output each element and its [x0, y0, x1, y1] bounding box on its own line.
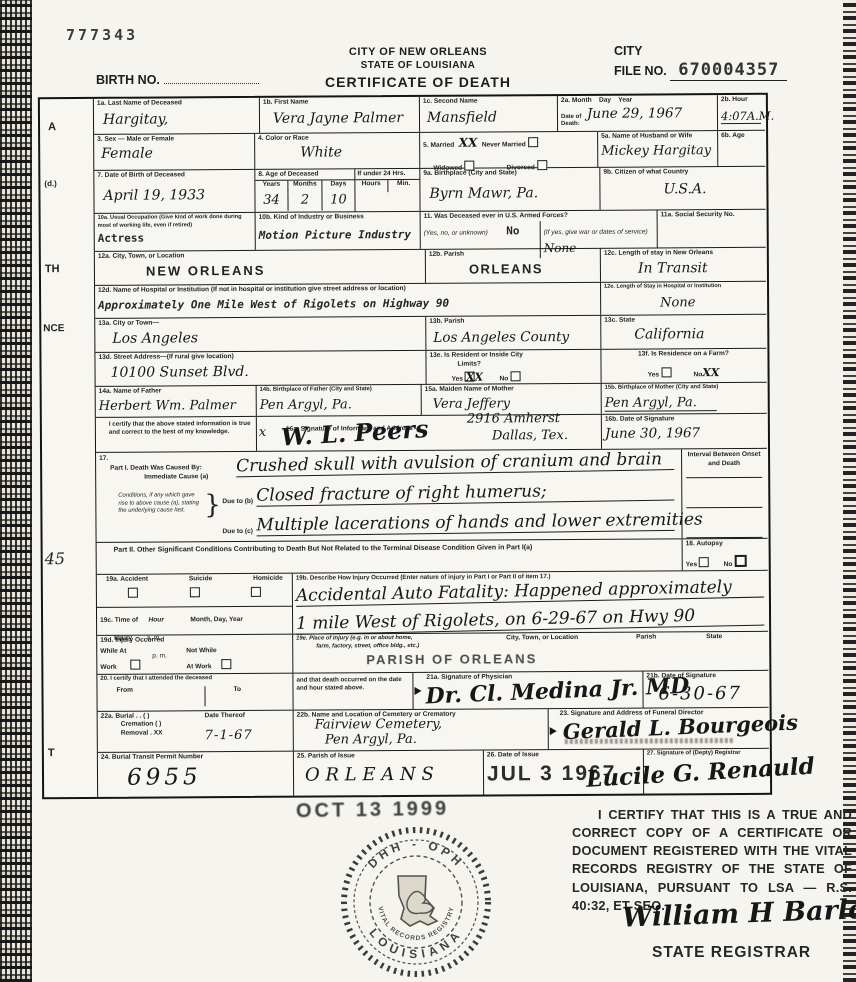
field-hospital-12d: 12d. Name of Hospital or Institution (If…	[95, 283, 600, 318]
field-value: ORLEANS	[469, 261, 597, 277]
margin-fragment: T	[48, 747, 55, 759]
field-citizen: 9b. Citizen of what Country U.S.A.	[599, 167, 764, 211]
field-registrar-signature: 27. Signature of (Depty) Registrar Lucil…	[643, 748, 768, 793]
state-registrar-title: STATE REGISTRAR	[652, 944, 811, 962]
header-state: STATE OF LOUISIANA	[258, 60, 578, 71]
interval-header: Interval Between Onset and Death	[685, 451, 763, 469]
field-value-line2: 1 mile West of Rigolets, on 6-29-67 on H…	[296, 605, 764, 635]
file-no-text: FILE NO.	[614, 64, 667, 78]
field-label: 20. I certify that I attended the deceas…	[100, 675, 289, 684]
svg-text:LOUISIANA: LOUISIANA	[366, 926, 465, 961]
field-label: 9a. Birthplace (City and State)	[423, 169, 596, 179]
subheader-hours: Hours	[355, 180, 388, 192]
field-occupation: 10a. Usual Occupation (Give kind of work…	[95, 213, 255, 251]
field-label: 2b. Hour	[721, 96, 761, 105]
field-parish-12b: 12b. Parish ORLEANS	[425, 249, 600, 283]
seal-graphic: DHH - OPH LOUISIANA VITAL RECORDS REGIST…	[338, 824, 494, 980]
field-label: Yes	[452, 376, 463, 383]
homicide-label: Homicide	[253, 575, 283, 584]
birth-no-text: BIRTH NO.	[96, 73, 160, 87]
seal-top-text: DHH - OPH	[365, 837, 467, 871]
field-value: NEW ORLEANS	[146, 262, 422, 279]
field-label: 12e. Length of Stay in Hospital or Insti…	[604, 283, 762, 291]
field-city-12a: 12a. City, Town, or Location NEW ORLEANS	[95, 250, 425, 285]
field-date-of-birth: 7. Date of Birth of Deceased April 19, 1…	[94, 170, 254, 214]
field-informant-signature: 16a. Signature of Informant and Address …	[256, 415, 601, 451]
field-mother: 15a. Maiden Name of Mother Vera Jeffery	[421, 384, 601, 415]
accident-label: 19a. Accident	[106, 576, 148, 585]
file-no-value: 670004357	[670, 60, 787, 81]
cause-b-value: Closed fracture of right humerus;	[256, 480, 674, 507]
brace-glyph: }	[204, 490, 221, 520]
field-describe-injury: 19b. Describe How Injury Occurred (Enter…	[292, 571, 767, 634]
cemetery-line2: Pen Argyl, Pa.	[325, 732, 545, 748]
checkbox-limits-no	[510, 372, 520, 382]
field-value: 6955	[127, 764, 290, 791]
statement-text: I certify that the above stated informat…	[99, 418, 253, 437]
field-label: 14b. Birthplace of Father (City and Stat…	[260, 386, 418, 394]
field-label: 4. Color or Race	[258, 134, 416, 144]
margin-fragment: 45	[45, 549, 65, 568]
field-label: Yes	[648, 371, 659, 378]
birth-no-label: BIRTH NO.	[96, 73, 259, 87]
field-value: Hargitay,	[103, 110, 256, 127]
birth-no-blank	[164, 83, 259, 84]
field-label: 25. Parish of Issue	[297, 751, 480, 761]
part2-label: Part II. Other Significant Conditions Co…	[100, 540, 679, 555]
field-label: 1a. Last Name of Deceased	[97, 99, 256, 109]
field-value: Female	[101, 145, 251, 162]
svg-text:DHH - OPH: DHH - OPH	[365, 837, 467, 871]
field-label: 11a. Social Security No.	[661, 211, 762, 220]
field-label: 9b. Citizen of what Country	[603, 168, 761, 178]
field-value: 10100 Sunset Blvd.	[110, 363, 422, 381]
field-label: 12c. Length of stay in New Orleans	[604, 249, 762, 259]
field-label: Never Married	[482, 141, 526, 148]
header-city: CITY OF NEW ORLEANS	[258, 46, 578, 58]
field-value: California	[634, 326, 762, 343]
parish-header: Parish	[636, 633, 706, 648]
field-father-birthplace: 14b. Birthplace of Father (City and Stat…	[256, 385, 421, 416]
part1-text: Part I. Death Was Caused By:	[110, 464, 202, 472]
field-parish-of-issue: 25. Parish of Issue O R L E A N S	[293, 750, 483, 796]
field-label: 13a. City or Town—	[98, 318, 422, 329]
field-value: June 29, 1967	[587, 105, 682, 122]
checkbox-farm-yes	[661, 367, 671, 377]
field-place-of-injury: 19e. Place of Injury (e.g. in or about h…	[292, 632, 767, 673]
field-value: April 19, 1933	[103, 187, 251, 204]
field-value: None	[660, 294, 762, 310]
field-disposition: 22a. Burial . . ( ) Cremation ( ) Remova…	[98, 711, 293, 752]
header-title: CERTIFICATE OF DEATH	[258, 74, 578, 90]
field-state-13c: 13c. State California	[600, 315, 765, 349]
field-value: Los Angeles County	[433, 329, 597, 346]
field-value: Vera Jayne Palmer	[273, 109, 416, 126]
field-label: 13d. Street Address—(If rural give locat…	[98, 352, 422, 363]
checkbox-suicide	[189, 587, 199, 597]
field-label: Yes	[686, 561, 697, 568]
field-label: 6b. Age	[721, 132, 761, 141]
field-label: No	[499, 376, 508, 383]
field-value: Vera Jeffery	[433, 396, 598, 412]
suicide-label: Suicide	[189, 575, 213, 584]
to-label: To	[205, 686, 241, 706]
field-sublabel: (If yes, give war or dates of service)	[544, 228, 648, 236]
margin-fragment: NCE	[43, 323, 64, 334]
informant-address-1: 2916 Amherst	[467, 411, 560, 427]
field-farm-13f: 13f. Is Residence on a Farm? Yes NoXX	[600, 349, 765, 383]
margin-fragment: (d.)	[44, 179, 56, 188]
informant-address-2: Dallas, Tex.	[492, 428, 568, 443]
state-header: State	[706, 633, 722, 648]
field-value: Mansfield	[427, 109, 554, 126]
while-at-work-label2: Work	[100, 664, 116, 671]
field-value: Byrn Mawr, Pa.	[429, 185, 596, 202]
subheader-years: Years	[255, 181, 288, 193]
cemetery-line1: Fairview Cemetery,	[315, 718, 545, 734]
field-value: O R L E A N S	[305, 764, 480, 786]
field-value: Pen Argyl, Pa.	[260, 397, 418, 413]
field-armed-forces: 11. Was Deceased ever in U.S. Armed Forc…	[420, 211, 657, 249]
note-text: and that death occurred on the date and …	[296, 674, 409, 693]
signature-mark: x	[259, 425, 266, 440]
field-value: White	[300, 144, 416, 161]
field-value: Actress	[98, 231, 252, 245]
informant-signature: W. L. Peers	[280, 414, 429, 452]
removal-label: Removal . XX	[121, 729, 205, 738]
field-label: 5a. Name of Husband or Wife	[601, 132, 714, 141]
field-label: 12d. Name of Hospital or Institution (If…	[98, 284, 597, 296]
field-physician-signature: 21a. Signature of Physician Dr. Cl. Medi…	[412, 672, 642, 709]
field-label: 8. Age of Deceased	[255, 169, 354, 180]
field-funeral-director: 23. Signature and Address of Funeral Dir…	[548, 708, 768, 749]
field-last-name: 1a. Last Name of Deceased Hargitay,	[94, 98, 259, 134]
checkbox-mark: XX	[459, 135, 478, 149]
vital-records-seal: DHH - OPH LOUISIANA VITAL RECORDS REGIST…	[338, 824, 494, 980]
field-label: No	[694, 371, 703, 378]
field-autopsy: 18. Autopsy Yes No	[682, 539, 767, 571]
checkbox-mark: XX	[702, 366, 719, 379]
field-manner-of-death: 19a. Accident Suicide Homicide	[97, 574, 292, 608]
margin-fragment: A	[48, 121, 56, 133]
field-value: 4:07A.M.	[721, 108, 761, 123]
field-value: Mickey Hargitay	[601, 143, 714, 159]
checkbox-never-married	[528, 137, 538, 147]
checkbox-mark: XX	[466, 371, 483, 384]
field-label: 10b. Kind of Industry or Business	[259, 213, 417, 223]
field-stay-12e: 12e. Length of Stay in Hospital or Insti…	[600, 282, 765, 315]
interval-line	[686, 477, 762, 478]
field-label: 26. Date of Issue	[487, 750, 640, 759]
field-label: 15b. Birthplace of Mother (City and Stat…	[605, 384, 763, 392]
not-while-label: Not While	[186, 647, 233, 656]
part1-label: Part I. Death Was Caused By: Immediate C…	[110, 464, 230, 482]
date-thereof-value: 7-1-67	[205, 728, 253, 743]
left-rail: A (d.) TH NCE 45 T	[40, 99, 98, 797]
pointer-icon	[550, 727, 557, 735]
interval-column: Interval Between Onset and Death	[681, 449, 767, 539]
field-value: June 30, 1967	[605, 425, 763, 442]
field-value: Motion Picture Industry	[259, 228, 417, 242]
field-label: 7. Date of Birth of Deceased	[97, 171, 251, 181]
field-label: 12a. City, Town, or Location	[98, 251, 422, 262]
field-father: 14a. Name of Father Herbert Wm. Palmer	[96, 386, 256, 417]
field-label: No	[724, 561, 733, 568]
cause-a-value: Crushed skull with avulsion of cranium a…	[236, 449, 674, 477]
field-label: 15a. Maiden Name of Mother	[425, 385, 598, 395]
file-label-no: FILE NO. 670004357	[614, 60, 787, 80]
field-hour: 2b. Hour 4:07A.M.	[717, 95, 764, 130]
checkbox-not-at-work	[221, 659, 231, 669]
field-birthplace: 9a. Birthplace (City and State) Byrn Maw…	[419, 168, 599, 212]
field-attended-deceased: 20. I certify that I attended the deceas…	[97, 674, 292, 711]
date-thereof-label: Date Thereof	[205, 712, 253, 721]
field-burial-permit: 24. Burial Transit Permit Number 6955	[98, 751, 293, 797]
field-label: 1c. Second Name	[423, 97, 554, 106]
field-first-name: 1b. First Name Vera Jayne Palmer	[259, 97, 419, 133]
field-label: 13f. Is Residence on a Farm?	[604, 350, 762, 360]
field-cemetery: 22b. Name and Location of Cemetery or Cr…	[293, 709, 548, 750]
document-number-stamp: 777343	[66, 26, 138, 44]
form-grid: 1a. Last Name of Deceased Hargitay, 1b. …	[94, 95, 769, 797]
death-certificate-form: A (d.) TH NCE 45 T 1a. Last Name of Dece…	[38, 93, 772, 799]
field-date-of-death: 2a. Month Day Year Date of Death: June 2…	[557, 95, 717, 131]
checkbox-autopsy-yes	[699, 557, 709, 567]
pointer-icon	[414, 687, 421, 695]
field-label: 1b. First Name	[263, 98, 416, 107]
field-spouse: 5a. Name of Husband or Wife Mickey Hargi…	[597, 131, 717, 167]
attended-note: and that death occurred on the date and …	[292, 673, 412, 710]
field-value: In Transit	[638, 260, 762, 277]
field-label: 5. Married	[423, 142, 454, 149]
field-age-6b: 6b. Age	[717, 131, 764, 166]
field-label: 16b. Date of Signature	[605, 415, 763, 425]
louisiana-map-shape	[398, 876, 437, 926]
field-second-name: 1c. Second Name Mansfield	[419, 96, 557, 132]
field-signature-date-16b: 16b. Date of Signature June 30, 1967	[601, 414, 766, 449]
interval-line	[686, 507, 762, 508]
field-value-days: 10	[322, 193, 354, 211]
field-injury-occurred: 19d. Injury Occurred While At Work Not W…	[97, 635, 292, 674]
field-number: 17.	[99, 455, 108, 464]
conditions-note: Conditions, if any which gave rise to ab…	[118, 492, 204, 516]
seal-bottom-text: LOUISIANA	[366, 926, 465, 961]
field-sex: 3. Sex — Male or Female Female	[94, 134, 254, 170]
field-sublabel: Date of Death:	[561, 113, 587, 129]
field-sublabel: (Yes, no, or unknown)	[424, 229, 488, 236]
field-mother-birthplace: 15b. Birthplace of Mother (City and Stat…	[601, 383, 766, 414]
field-street-13d: 13d. Street Address—(If rural give locat…	[95, 351, 425, 386]
field-value: Pen Argyl, Pa.	[605, 395, 717, 412]
field-label: 13c. State	[604, 316, 762, 326]
field-label: If under 24 Hrs.	[355, 169, 419, 180]
field-value: Approximately One Mile West of Rigolets …	[98, 296, 597, 312]
field-parish-13b: 13b. Parish Los Angeles County	[425, 316, 600, 350]
informant-certify-statement: I certify that the above stated informat…	[96, 417, 256, 452]
field-label: 3. Sex — Male or Female	[97, 135, 251, 145]
field-stay-12c: 12c. Length of stay in New Orleans In Tr…	[600, 248, 765, 282]
city-header: City, Town, or Location	[506, 634, 636, 650]
field-label: 10a. Usual Occupation (Give kind of work…	[98, 214, 252, 229]
field-race: 4. Color or Race White	[254, 133, 419, 169]
field-label: 18. Autopsy	[686, 540, 764, 549]
checkbox-at-work	[131, 660, 141, 670]
manner-and-time-block: 19a. Accident Suicide Homicide 19c. Time…	[97, 574, 292, 635]
field-value: Herbert Wm. Palmer	[99, 398, 253, 414]
margin-fragment: TH	[45, 263, 60, 275]
subheader-days: Days	[322, 181, 354, 193]
field-value-years: 34	[255, 193, 288, 211]
field-city-13a: 13a. City or Town— Los Angeles	[95, 317, 425, 352]
field-city-limits-13e: 13e. Is Resident or Inside City Limits? …	[425, 350, 600, 384]
field-industry: 10b. Kind of Industry or Business Motion…	[255, 212, 420, 250]
due-to-c-label: Due to (c)	[222, 528, 252, 537]
cause-c-value: Multiple lacerations of hands and lower …	[256, 510, 674, 536]
parish-of-orleans-stamp: PARISH OF ORLEANS	[366, 650, 764, 667]
field-label: 24. Burial Transit Permit Number	[101, 752, 290, 762]
field-value: U.S.A.	[663, 181, 761, 198]
not-while-label2: At Work	[186, 663, 211, 670]
field-label: 14a. Name of Father	[99, 387, 253, 397]
field-under-24hrs: If under 24 Hrs. Hours Min.	[354, 169, 419, 212]
field-value-months: 2	[288, 193, 322, 211]
immediate-cause-label: Immediate Cause (a)	[144, 473, 208, 480]
mdy-header: Month, Day, Year	[190, 616, 243, 623]
field-marital-status: 5. Married XX Never Married Widowed Divo…	[419, 132, 597, 168]
field-ssn: 11a. Social Security No.	[657, 210, 765, 248]
cause-of-death-section: 17. Part I. Death Was Caused By: Immedia…	[96, 449, 682, 542]
field-label: 12b. Parish	[429, 250, 597, 260]
hour-header: Hour	[148, 617, 163, 624]
field-value: No	[506, 224, 519, 237]
field-label2: farm, factory, street, office bldg., etc…	[316, 642, 506, 651]
checkbox-autopsy-no	[734, 555, 746, 567]
field-label: 19d. Injury Occurred	[100, 636, 289, 646]
file-label-city: CITY	[614, 44, 787, 58]
field-age-of-deceased: 8. Age of Deceased Years Months Days 34 …	[254, 169, 354, 212]
field-label: 13b. Parish	[429, 317, 597, 327]
checkbox-accident	[128, 587, 138, 597]
from-label: From	[100, 686, 205, 707]
received-date-stamp: OCT 13 1999	[296, 798, 449, 824]
checkbox-homicide	[251, 586, 261, 596]
ornate-border-left	[0, 0, 38, 982]
subheader-min: Min.	[388, 180, 420, 192]
field-value: Los Angeles	[112, 329, 422, 347]
part2-section: Part II. Other Significant Conditions Co…	[97, 539, 682, 574]
field-label: 19c. Time of	[100, 617, 138, 624]
due-to-b-label: Due to (b)	[222, 498, 253, 507]
subheader-months: Months	[288, 181, 322, 193]
